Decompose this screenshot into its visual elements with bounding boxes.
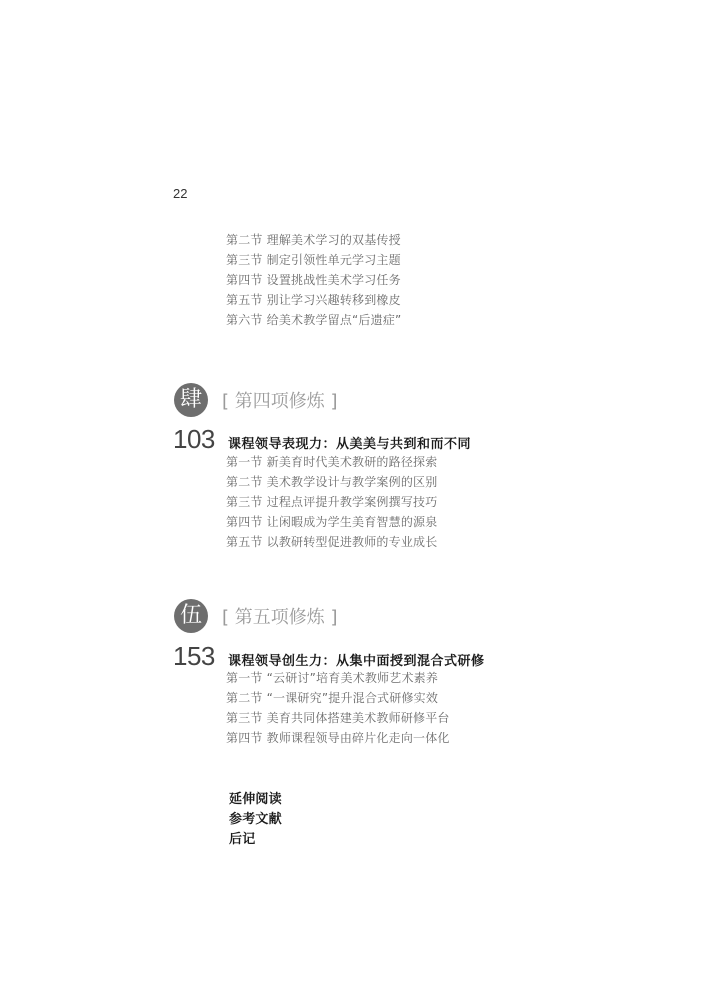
toc-entry-label: 第四节 设置挑战性美术学习任务 bbox=[226, 270, 401, 290]
page-number: 22 bbox=[173, 186, 187, 201]
toc-entry-label: 第二节 “一课研究”提升混合式研修实效 bbox=[226, 688, 438, 708]
chapter-title: 课程领导创生力：从集中面授到混合式研修 bbox=[228, 650, 485, 669]
toc-entry-label: 后记 bbox=[229, 830, 255, 850]
chapter-page-number: 103 bbox=[173, 424, 215, 454]
toc-entry-label: 第五节 以教研转型促进教师的专业成长 bbox=[226, 532, 437, 552]
toc-entry-label: 第四节 让闲暇成为学生美育智慧的源泉 bbox=[226, 512, 437, 532]
part-badge-icon: 肆 bbox=[174, 383, 208, 417]
toc-entry-label: 第五节 别让学习兴趣转移到橡皮 bbox=[226, 290, 401, 310]
toc-entry-label: 第二节 理解美术学习的双基传授 bbox=[226, 230, 401, 250]
part-label: [ 第四项修炼 ] bbox=[222, 387, 338, 413]
part-label: [ 第五项修炼 ] bbox=[222, 603, 338, 629]
toc-entry-label: 第三节 制定引领性单元学习主题 bbox=[226, 250, 401, 270]
toc-entry-label: 第六节 给美术教学留点“后遗症” bbox=[226, 310, 401, 330]
toc-entry-label: 第三节 美育共同体搭建美术教师研修平台 bbox=[226, 708, 450, 728]
chapter-page-number: 153 bbox=[173, 641, 215, 671]
chapter-title: 课程领导表现力：从美美与共到和而不同 bbox=[228, 433, 471, 452]
toc-entry-label: 延伸阅读 bbox=[229, 790, 282, 810]
toc-entry-label: 第二节 美术教学设计与教学案例的区别 bbox=[226, 472, 437, 492]
toc-entry-label: 第一节 “云研讨”培育美术教师艺术素养 bbox=[226, 668, 438, 688]
toc-entry-label: 参考文献 bbox=[229, 810, 282, 830]
toc-entry-label: 第四节 教师课程领导由碎片化走向一体化 bbox=[226, 728, 450, 748]
toc-entry-label: 第一节 新美育时代美术教研的路径探索 bbox=[226, 452, 437, 472]
toc-entry-label: 第三节 过程点评提升教学案例撰写技巧 bbox=[226, 492, 437, 512]
part-badge-icon: 伍 bbox=[174, 599, 208, 633]
